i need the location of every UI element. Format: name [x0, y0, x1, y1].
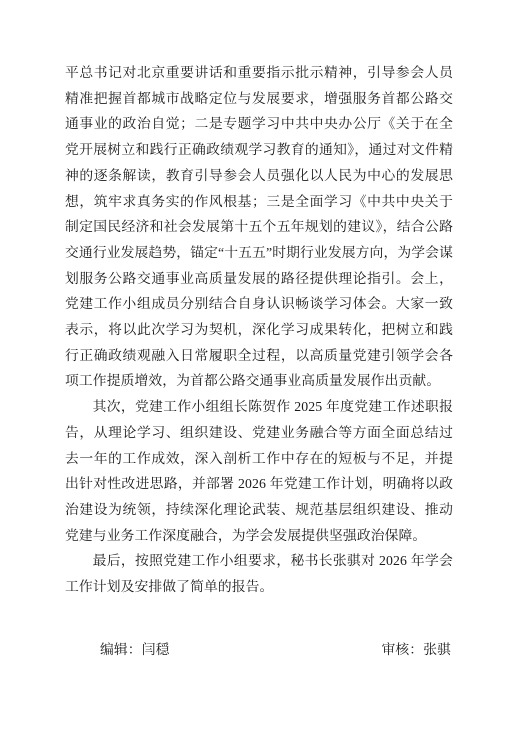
paragraph-second-report: 其次，党建工作小组组长陈贺作 2025 年度党建工作述职报告，从理论学习、组织建…	[65, 394, 453, 548]
signature-row: 编辑：闫穏 审核：张骐	[65, 637, 453, 663]
reviewer-credit: 审核：张骐	[382, 637, 451, 663]
paragraph-continuation: 平总书记对北京重要讲话和重要指示批示精神，引导参会人员精准把握首都城市战略定位与…	[65, 60, 453, 394]
document-body: 平总书记对北京重要讲话和重要指示批示精神，引导参会人员精准把握首都城市战略定位与…	[0, 0, 518, 662]
document-page: 平总书记对北京重要讲话和重要指示批示精神，引导参会人员精准把握首都城市战略定位与…	[0, 0, 518, 737]
editor-credit: 编辑：闫穏	[100, 637, 169, 663]
paragraph-final-report: 最后，按照党建工作小组要求，秘书长张骐对 2026 年学会工作计划及安排做了简单…	[65, 548, 453, 599]
